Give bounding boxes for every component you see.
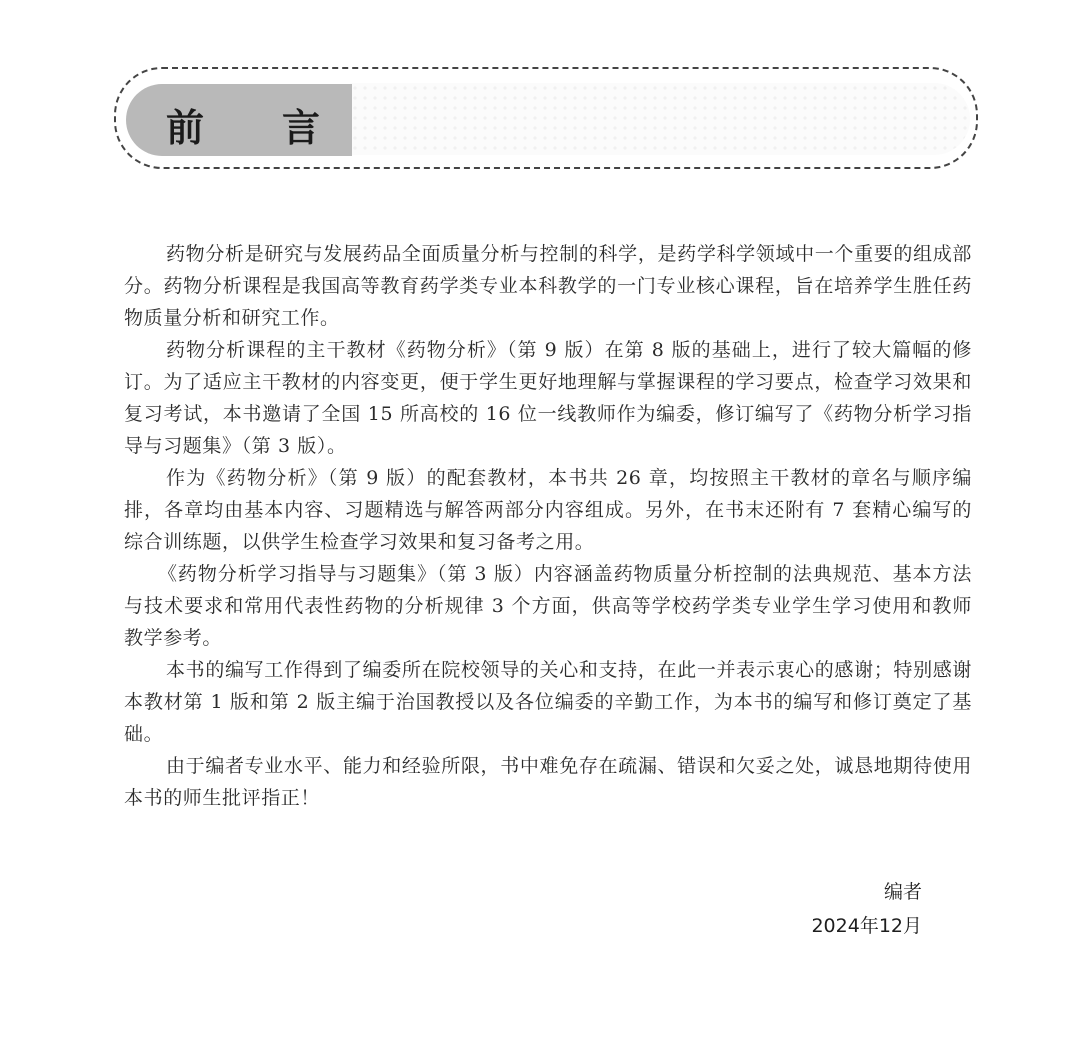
paragraph-5: 本书的编写工作得到了编委所在院校领导的关心和支持，在此一并表示衷心的感谢；特别感…: [124, 654, 972, 750]
paragraph-6: 由于编者专业水平、能力和经验所限，书中难免存在疏漏、错误和欠妥之处，诚恳地期待使…: [124, 750, 972, 814]
preface-body: 药物分析是研究与发展药品全面质量分析与控制的科学，是药学科学领域中一个重要的组成…: [124, 238, 972, 814]
page-title: 前 言: [126, 84, 352, 156]
paragraph-2: 药物分析课程的主干教材《药物分析》（第 9 版）在第 8 版的基础上，进行了较大…: [124, 334, 972, 462]
page-title-char-2: 言: [282, 97, 320, 152]
paragraph-4: 《药物分析学习指导与习题集》（第 3 版）内容涵盖药物质量分析控制的法典规范、基…: [124, 558, 972, 654]
signature-author: 编者: [884, 877, 922, 904]
page-title-char-1: 前: [166, 97, 204, 152]
paragraph-3: 作为《药物分析》（第 9 版）的配套教材，本书共 26 章，均按照主干教材的章名…: [124, 462, 972, 558]
paragraph-1: 药物分析是研究与发展药品全面质量分析与控制的科学，是药学科学领域中一个重要的组成…: [124, 238, 972, 334]
signature-date: 2024年12月: [811, 911, 922, 938]
